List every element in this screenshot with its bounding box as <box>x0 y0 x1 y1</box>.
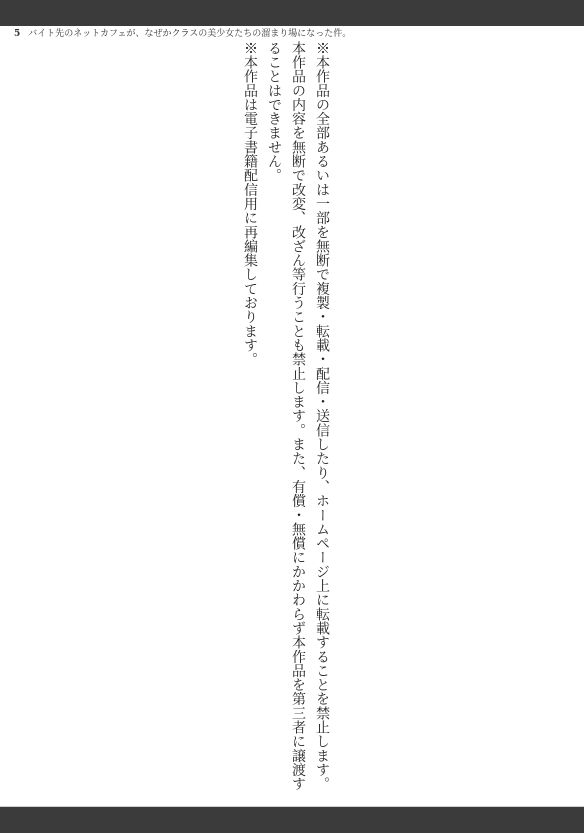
book-title: バイト先のネットカフェが、なぜかクラスの美少女たちの溜まり場になった件。 <box>28 29 351 39</box>
vertical-text-body: ※本作品の全部あるいは一部を無断で複製・転載・配信・送信したり、ホームページ上に… <box>238 41 334 791</box>
viewer-bottom-bar <box>0 806 584 833</box>
book-page: 5バイト先のネットカフェが、なぜかクラスの美少女たちの溜まり場になった件。 ※本… <box>0 26 584 806</box>
page-number: 5 <box>14 29 20 39</box>
edition-notice: ※本作品は電子書籍配信用に再編集しております。 <box>238 41 262 791</box>
viewer-top-bar <box>0 0 584 26</box>
copyright-notice: ※本作品の全部あるいは一部を無断で複製・転載・配信・送信したり、ホームページ上に… <box>262 41 334 791</box>
running-header: 5バイト先のネットカフェが、なぜかクラスの美少女たちの溜まり場になった件。 <box>14 28 351 40</box>
